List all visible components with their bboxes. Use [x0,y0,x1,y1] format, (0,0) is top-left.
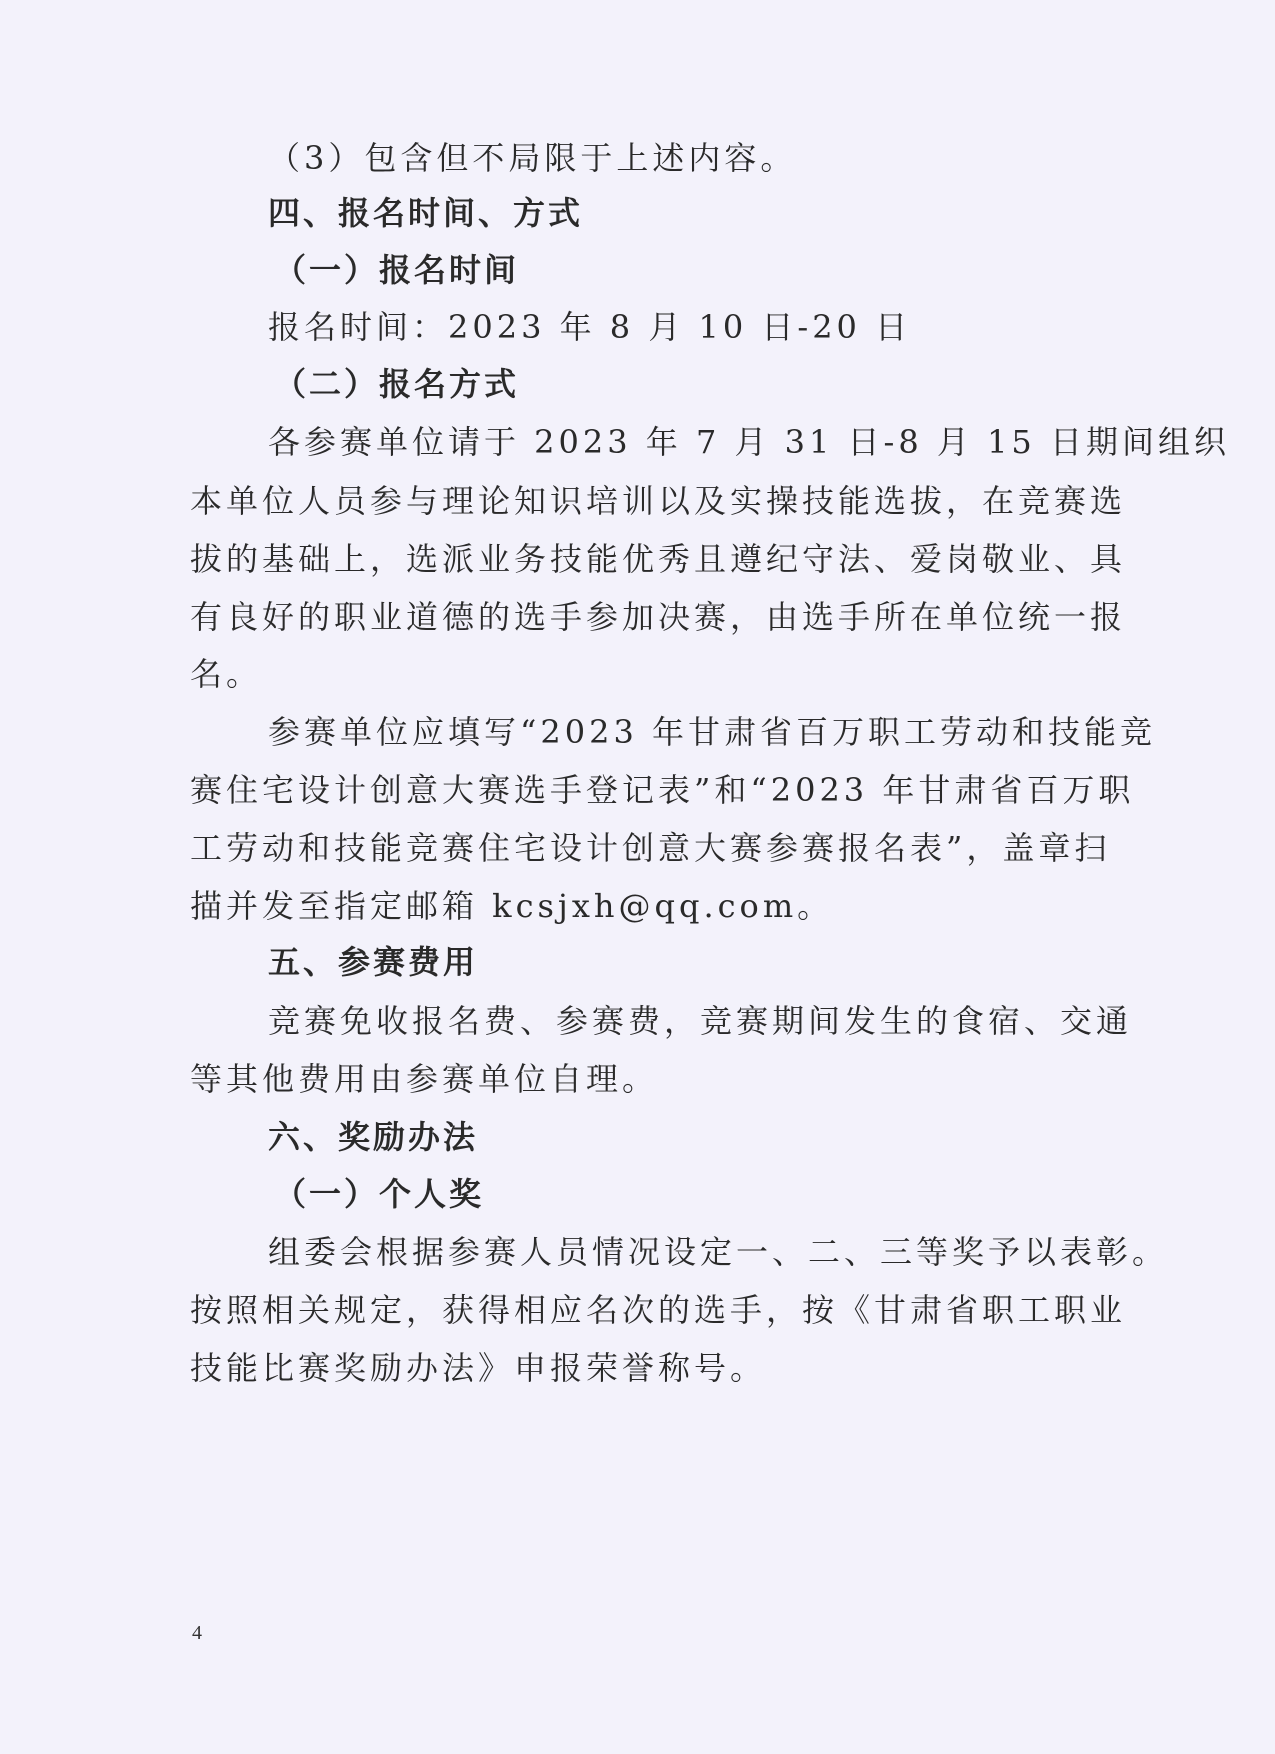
paragraph-line: 赛住宅设计创意大赛选手登记表”和“2023 年甘肃省百万职 [190,770,1070,810]
subsection-heading-registration-time: （一）报名时间 [274,250,1154,290]
paragraph-registration-time: 报名时间：2023 年 8 月 10 日-20 日 [268,307,1148,347]
section-heading-awards: 六、奖励办法 [268,1117,1148,1157]
subsection-heading-individual-award: （一）个人奖 [274,1174,1154,1214]
paragraph-line: 名。 [190,654,1070,694]
paragraph-line: 拔的基础上，选派业务技能优秀且遵纪守法、爱岗敬业、具 [190,539,1070,579]
paragraph-line: 各参赛单位请于 2023 年 7 月 31 日-8 月 15 日期间组织 [268,422,1070,462]
section-heading-registration: 四、报名时间、方式 [268,193,1148,233]
paragraph-line: 组委会根据参赛人员情况设定一、二、三等奖予以表彰。 [268,1232,1070,1272]
paragraph-line: 工劳动和技能竞赛住宅设计创意大赛参赛报名表”，盖章扫 [190,828,1070,868]
paragraph-line: 等其他费用由参赛单位自理。 [190,1059,1070,1099]
list-item-3: （3）包含但不局限于上述内容。 [268,138,1148,178]
paragraph-line: 本单位人员参与理论知识培训以及实操技能选拔，在竞赛选 [190,481,1070,521]
paragraph-line: 按照相关规定，获得相应名次的选手，按《甘肃省职工职业 [190,1290,1070,1330]
paragraph-line: 竞赛免收报名费、参赛费，竞赛期间发生的食宿、交通 [268,1001,1070,1041]
paragraph-line: 技能比赛奖励办法》申报荣誉称号。 [190,1348,1070,1388]
email-line: 描并发至指定邮箱 kcsjxh@qq.com。 [190,886,1070,926]
paragraph-line: 参赛单位应填写“2023 年甘肃省百万职工劳动和技能竞 [268,712,1070,752]
paragraph-line: 有良好的职业道德的选手参加决赛，由选手所在单位统一报 [190,597,1070,637]
section-heading-fees: 五、参赛费用 [268,942,1148,982]
page-number: 4 [192,1622,202,1645]
subsection-heading-registration-method: （二）报名方式 [274,364,1154,404]
document-page: （3）包含但不局限于上述内容。 四、报名时间、方式 （一）报名时间 报名时间：2… [0,0,1275,1754]
